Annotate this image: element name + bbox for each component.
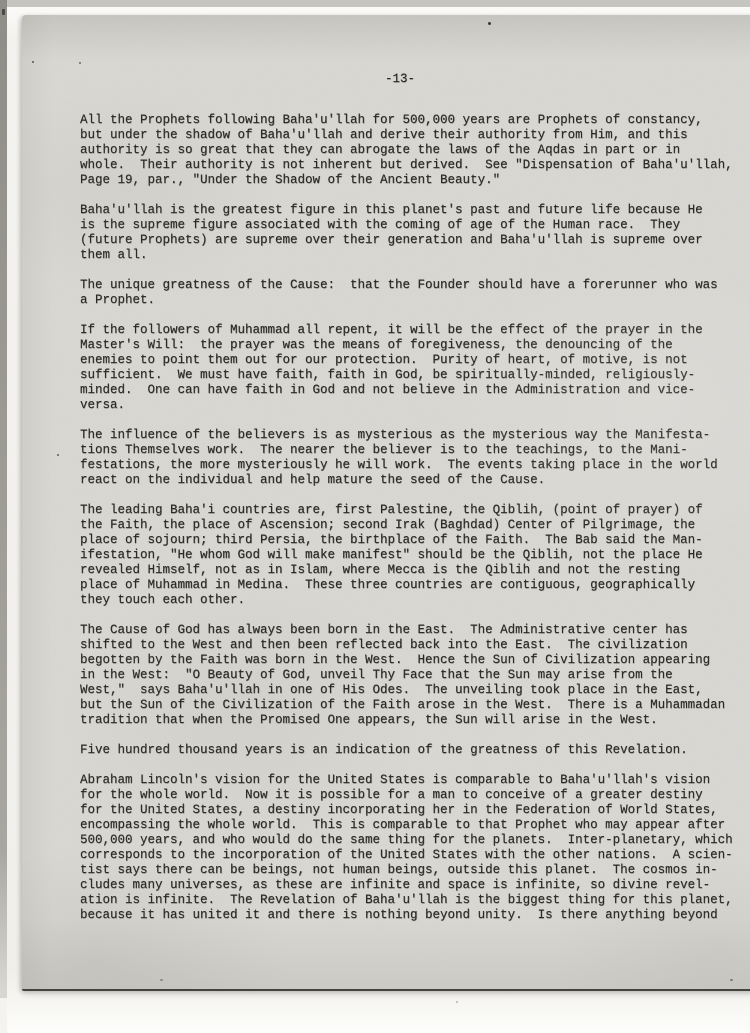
text-line: place of Muhammad in Medina. These three…: [80, 578, 742, 593]
text-line: festations, the more mysteriously he wil…: [80, 458, 742, 473]
page-body: All the Prophets following Baha'u'llah f…: [80, 113, 742, 923]
text-line: versa.: [80, 398, 742, 413]
typewritten-text-column: -13- All the Prophets following Baha'u'l…: [80, 72, 742, 938]
text-line: The Cause of God has always been born in…: [80, 623, 742, 638]
text-line: authority is so great that they can abro…: [80, 143, 742, 158]
scanner-edge-strip: [0, 0, 7, 998]
text-line: minded. One can have faith in God and no…: [80, 383, 742, 398]
text-line: corresponds to the incorporation of the …: [80, 848, 742, 863]
text-line: revealed Himself, not as in Islam, where…: [80, 563, 742, 578]
text-line: but under the shadow of Baha'u'llah and …: [80, 128, 742, 143]
text-line: tions Themselves work. The nearer the be…: [80, 443, 742, 458]
paragraph: All the Prophets following Baha'u'llah f…: [80, 113, 742, 188]
text-line: Abraham Lincoln's vision for the United …: [80, 773, 742, 788]
text-line: in the West: "O Beauty of God, unveil Th…: [80, 668, 742, 683]
text-line: tist says there can be beings, not human…: [80, 863, 742, 878]
document-page: -13- All the Prophets following Baha'u'l…: [22, 15, 750, 991]
paragraph: Five hundred thousand years is an indica…: [80, 743, 742, 758]
paragraph: Baha'u'llah is the greatest figure in th…: [80, 203, 742, 263]
text-line: The influence of the believers is as mys…: [80, 428, 742, 443]
paragraph: The Cause of God has always been born in…: [80, 623, 742, 728]
text-line: tradition that when the Promised One app…: [80, 713, 742, 728]
text-line: Baha'u'llah is the greatest figure in th…: [80, 203, 742, 218]
paragraph: The unique greatness of the Cause: that …: [80, 278, 742, 308]
text-line: whole. Their authority is not inherent b…: [80, 158, 742, 173]
text-line: but the Sun of the Civilization of the F…: [80, 698, 742, 713]
text-line: is the supreme figure associated with th…: [80, 218, 742, 233]
text-line: a Prophet.: [80, 293, 742, 308]
text-line: them all.: [80, 248, 742, 263]
page-number: -13-: [80, 72, 720, 87]
paragraph: The influence of the believers is as mys…: [80, 428, 742, 488]
text-line: If the followers of Muhammad all repent,…: [80, 323, 742, 338]
text-line: 500,000 years, and who would do the same…: [80, 833, 742, 848]
text-line: ifestation, "He whom God will make manif…: [80, 548, 742, 563]
text-line: enemies to point them out for our protec…: [80, 353, 742, 368]
text-line: for the whole world. Now it is possible …: [80, 788, 742, 803]
paragraph: If the followers of Muhammad all repent,…: [80, 323, 742, 413]
text-line: begotten by the Faith was born in the We…: [80, 653, 742, 668]
paragraph: The leading Baha'i countries are, first …: [80, 503, 742, 608]
text-line: West," says Baha'u'llah in one of His Od…: [80, 683, 742, 698]
scanner-top-strip: [7, 0, 750, 7]
text-line: encompassing the whole world. This is co…: [80, 818, 742, 833]
text-line: sufficient. We must have faith, faith in…: [80, 368, 742, 383]
text-line: shifted to the West and then been reflec…: [80, 638, 742, 653]
text-line: place of sojourn; third Persia, the birt…: [80, 533, 742, 548]
text-line: (future Prophets) are supreme over their…: [80, 233, 742, 248]
text-line: Page 19, par., "Under the Shadow of the …: [80, 173, 742, 188]
text-line: because it has united it and there is no…: [80, 908, 742, 923]
text-line: Five hundred thousand years is an indica…: [80, 743, 742, 758]
text-line: cludes many universes, as these are infi…: [80, 878, 742, 893]
text-line: they touch each other.: [80, 593, 742, 608]
text-line: The unique greatness of the Cause: that …: [80, 278, 742, 293]
text-line: the Faith, the place of Ascension; secon…: [80, 518, 742, 533]
paragraph: Abraham Lincoln's vision for the United …: [80, 773, 742, 923]
text-line: Master's Will: the prayer was the means …: [80, 338, 742, 353]
text-line: The leading Baha'i countries are, first …: [80, 503, 742, 518]
text-line: react on the individual and help mature …: [80, 473, 742, 488]
text-line: for the United States, a destiny incorpo…: [80, 803, 742, 818]
text-line: ation is infinite. The Revelation of Bah…: [80, 893, 742, 908]
text-line: All the Prophets following Baha'u'llah f…: [80, 113, 742, 128]
